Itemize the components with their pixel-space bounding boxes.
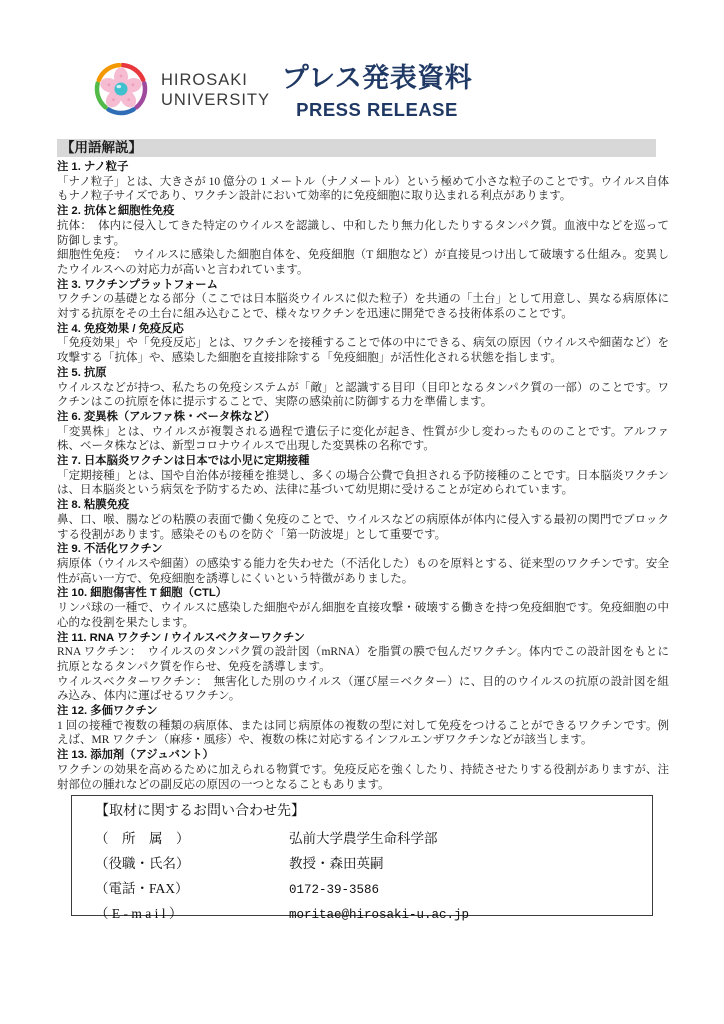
university-name: HIROSAKI UNIVERSITY [161, 70, 270, 110]
note-body: 「定期接種」とは、国や自治体が接種を推奨し、多くの場合公費で負担される予防接種の… [57, 469, 669, 498]
contact-value: 弘前大学農学生命科学部 [289, 827, 438, 847]
contact-box-title: 【取材に関するお問い合わせ先】 [95, 802, 652, 822]
contact-label: （電話・FAX） [95, 877, 207, 897]
note-title: 注 12. 多価ワクチン [57, 704, 669, 719]
glossary-note-6: 注 6. 変異株（アルファ株・ベータ株など） 「変異株」とは、ウイルスが複製され… [57, 410, 669, 454]
glossary-section: 【用語解説】 注 1. ナノ粒子 「ナノ粒子」とは、大きさが 10 億分の 1 … [57, 139, 669, 792]
note-body: 病原体（ウイルスや細菌）の感染する能力を失わせた（不活化した）ものを原料とする、… [57, 557, 669, 586]
hirosaki-university-logo-icon [89, 57, 153, 121]
note-body: ウイルスベクターワクチン： 無害化した別のウイルス（運び屋＝ベクター）に、目的の… [57, 675, 669, 704]
note-body: 細胞性免疫： ウイルスに感染した細胞自体を、免疫細胞（T 細胞など）が直接見つけ… [57, 248, 669, 277]
note-body: 抗体： 体内に侵入してきた特定のウイルスを認識し、中和したり無力化したりするタン… [57, 219, 669, 248]
note-title: 注 1. ナノ粒子 [57, 160, 669, 175]
note-title: 注 11. RNA ワクチン / ウイルスベクターワクチン [57, 631, 669, 646]
note-body: 「免疫効果」や「免疫反応」とは、ワクチンを接種することで体の中にできる、病気の原… [57, 336, 669, 365]
contact-value: 教授・森田英嗣 [289, 852, 384, 872]
note-title: 注 2. 抗体と細胞性免疫 [57, 204, 669, 219]
glossary-note-9: 注 9. 不活化ワクチン 病原体（ウイルスや細菌）の感染する能力を失わせた（不活… [57, 542, 669, 586]
contact-label: （ E - m a i l ） [95, 902, 207, 922]
contact-row-email: （ E - m a i l ） moritae@hirosaki-u.ac.jp [95, 902, 652, 922]
page-header: HIROSAKI UNIVERSITY プレス発表資料 PRESS RELEAS… [0, 0, 724, 138]
note-title: 注 9. 不活化ワクチン [57, 542, 669, 557]
note-title: 注 5. 抗原 [57, 366, 669, 381]
logo-arc-blue [108, 109, 133, 113]
note-body: 「変異株」とは、ウイルスが複製される過程で遺伝子に変化が起き、性質が少し変わった… [57, 425, 669, 454]
note-body: リンパ球の一種で、ウイルスに感染した細胞やがん細胞を直接攻撃・破壊する働きを持つ… [57, 601, 669, 630]
press-release-title-jp: プレス発表資料 [281, 56, 473, 95]
university-name-line1: HIROSAKI [161, 70, 270, 90]
note-body: 鼻、口、喉、腸などの粘膜の表面で働く免疫のことで、ウイルスなどの病原体が体内に侵… [57, 513, 669, 542]
note-title: 注 13. 添加剤（アジュバント） [57, 748, 669, 763]
contact-value: 0172-39-3586 [289, 883, 379, 897]
note-title: 注 6. 変異株（アルファ株・ベータ株など） [57, 410, 669, 425]
note-title: 注 4. 免疫効果 / 免疫反応 [57, 322, 669, 337]
note-body: ワクチンの基礎となる部分（ここでは日本脳炎ウイルスに似た粒子）を共通の「土台」と… [57, 292, 669, 321]
note-body: ワクチンの効果を高めるために加えられる物質です。免疫反応を強くしたり、持続させた… [57, 763, 669, 792]
contact-row-phone-fax: （電話・FAX） 0172-39-3586 [95, 877, 652, 897]
glossary-note-1: 注 1. ナノ粒子 「ナノ粒子」とは、大きさが 10 億分の 1 メートル（ナノ… [57, 160, 669, 204]
contact-value: moritae@hirosaki-u.ac.jp [289, 908, 469, 922]
glossary-note-2: 注 2. 抗体と細胞性免疫 抗体： 体内に侵入してきた特定のウイルスを認識し、中… [57, 204, 669, 278]
note-title: 注 10. 細胞傷害性 T 細胞（CTL） [57, 586, 669, 601]
note-body: RNA ワクチン： ウイルスのタンパク質の設計図（mRNA）を脂質の膜で包んだワ… [57, 645, 669, 674]
note-title: 注 8. 粘膜免疫 [57, 498, 669, 513]
glossary-note-13: 注 13. 添加剤（アジュバント） ワクチンの効果を高めるために加えられる物質で… [57, 748, 669, 792]
contact-row-affiliation: （ 所 属 ） 弘前大学農学生命科学部 [95, 827, 652, 847]
glossary-note-4: 注 4. 免疫効果 / 免疫反応 「免疫効果」や「免疫反応」とは、ワクチンを接種… [57, 322, 669, 366]
note-title: 注 7. 日本脳炎ワクチンは日本では小児に定期接種 [57, 454, 669, 469]
glossary-section-title: 【用語解説】 [57, 139, 656, 157]
glossary-note-10: 注 10. 細胞傷害性 T 細胞（CTL） リンパ球の一種で、ウイルスに感染した… [57, 586, 669, 630]
glossary-note-8: 注 8. 粘膜免疫 鼻、口、喉、腸などの粘膜の表面で働く免疫のことで、ウイルスな… [57, 498, 669, 542]
glossary-note-3: 注 3. ワクチンプラットフォーム ワクチンの基礎となる部分（ここでは日本脳炎ウ… [57, 278, 669, 322]
press-contact-box: 【取材に関するお問い合わせ先】 （ 所 属 ） 弘前大学農学生命科学部 （役職・… [71, 795, 653, 916]
glossary-note-7: 注 7. 日本脳炎ワクチンは日本では小児に定期接種 「定期接種」とは、国や自治体… [57, 454, 669, 498]
contact-label: （ 所 属 ） [95, 827, 207, 847]
press-release-title-block: プレス発表資料 PRESS RELEASE [281, 56, 473, 121]
note-body: 1 回の接種で複数の種類の病原体、または同じ病原体の複数の型に対して免疫をつける… [57, 719, 669, 748]
note-title: 注 3. ワクチンプラットフォーム [57, 278, 669, 293]
logo-center-highlight [116, 85, 121, 88]
university-name-line2: UNIVERSITY [161, 90, 270, 110]
note-body: 「ナノ粒子」とは、大きさが 10 億分の 1 メートル（ナノメートル）という極め… [57, 175, 669, 204]
press-release-title-en: PRESS RELEASE [281, 99, 473, 121]
note-body: ウイルスなどが持つ、私たちの免疫システムが「敵」と認識する目印（目印となるタンパ… [57, 381, 669, 410]
logo-center-sphere [115, 83, 128, 96]
glossary-note-12: 注 12. 多価ワクチン 1 回の接種で複数の種類の病原体、または同じ病原体の複… [57, 704, 669, 748]
glossary-note-5: 注 5. 抗原 ウイルスなどが持つ、私たちの免疫システムが「敵」と認識する目印（… [57, 366, 669, 410]
glossary-note-11: 注 11. RNA ワクチン / ウイルスベクターワクチン RNA ワクチン： … [57, 631, 669, 705]
contact-label: （役職・氏名） [95, 852, 207, 872]
contact-row-name: （役職・氏名） 教授・森田英嗣 [95, 852, 652, 872]
